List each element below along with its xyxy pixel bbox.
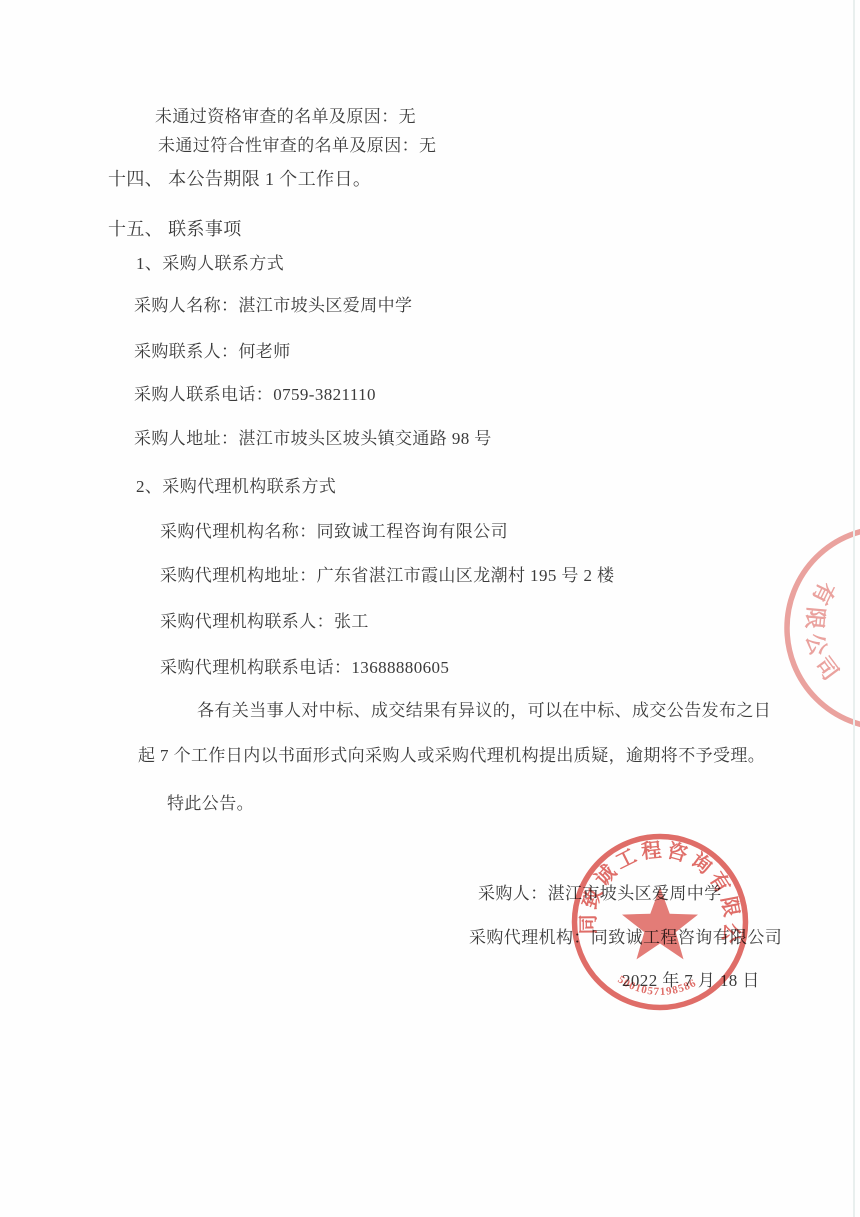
buyer-phone: 采购人联系电话：0759-3821110 [134,384,376,406]
line-no-pass-conformity: 未通过符合性审查的名单及原因：无 [158,135,436,157]
dispute-paragraph-line-1: 各有关当事人对中标、成交结果有异议的，可以在中标、成交公告发布之日 [197,700,771,722]
line-no-pass-qualification: 未通过资格审查的名单及原因：无 [155,106,416,128]
agency-name: 采购代理机构名称：同致诚工程咨询有限公司 [160,521,508,543]
partial-seal-text: 有限公司 [801,578,847,691]
seal-star-icon [622,887,698,959]
svg-text:5001057198586: 5001057198586 [615,974,698,998]
buyer-name: 采购人名称：湛江市坡头区爱周中学 [134,295,412,317]
heading-section-14: 十四、 本公告期限 1 个工作日。 [108,168,371,190]
svg-text:有限公司: 有限公司 [801,578,847,691]
company-seal: 同致诚工程咨询有限公司 5001057198586 [555,817,765,1027]
agency-contact-person: 采购代理机构联系人：张工 [160,611,369,633]
document-page: 未通过资格审查的名单及原因：无 未通过符合性审查的名单及原因：无 十四、 本公告… [0,0,860,1217]
dispute-paragraph-line-2: 起 7 个工作日内以书面形式向采购人或采购代理机构提出质疑，逾期将不予受理。 [138,745,765,767]
agency-address: 采购代理机构地址：广东省湛江市霞山区龙潮村 195 号 2 楼 [160,565,614,587]
item-2-agency-contact: 2、采购代理机构联系方式 [136,476,336,498]
buyer-contact-person: 采购联系人：何老师 [134,341,291,363]
closing-statement: 特此公告。 [167,793,254,815]
partial-seal: 有限公司 [745,520,860,740]
agency-phone: 采购代理机构联系电话：13688880605 [160,657,449,679]
scan-edge-line [853,0,855,1217]
heading-section-15: 十五、 联系事项 [108,218,242,240]
item-1-buyer-contact: 1、采购人联系方式 [136,253,284,275]
buyer-address: 采购人地址：湛江市坡头区坡头镇交通路 98 号 [134,428,492,450]
seal-serial-number: 5001057198586 [615,974,698,998]
